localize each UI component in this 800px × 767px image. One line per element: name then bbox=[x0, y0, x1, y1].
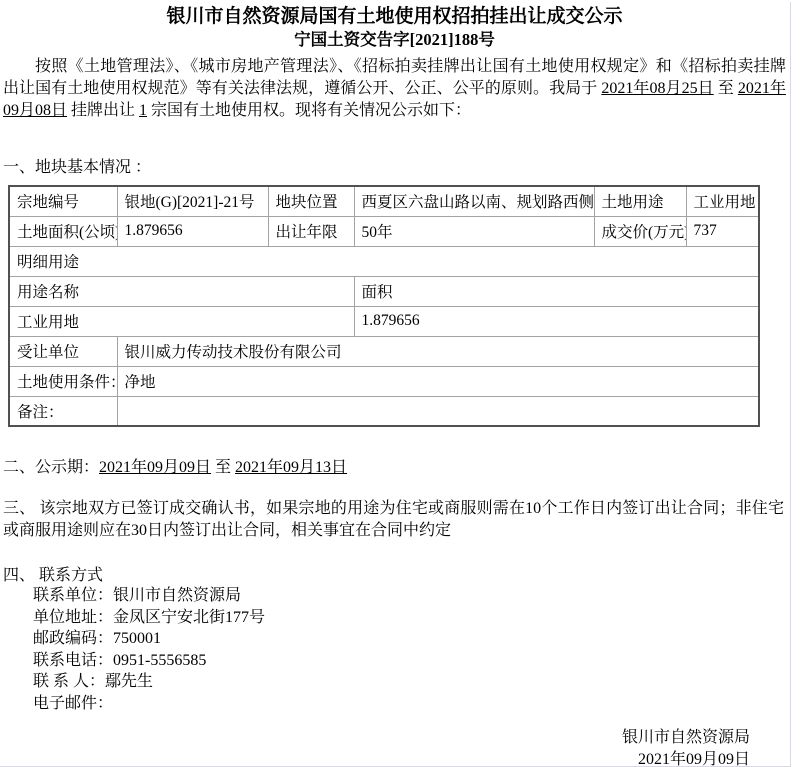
use-name-value: 工业用地 bbox=[9, 306, 354, 336]
contact-phone-line: 联系电话：0951-5556585 bbox=[33, 650, 786, 672]
grantee-label: 受让单位 bbox=[9, 336, 117, 366]
publicity-end-date: 2021年09月13日 bbox=[235, 459, 347, 476]
section-one-heading: 一、地块基本情况 ： bbox=[3, 154, 786, 177]
contact-address-line: 单位地址：金凤区宁安北街177号 bbox=[33, 607, 786, 629]
contact-postcode-line: 邮政编码：750001 bbox=[33, 628, 786, 650]
remarks-label: 备注： bbox=[9, 396, 117, 426]
page-title: 银川市自然资源局国有土地使用权招拍挂出让成交公示 bbox=[3, 5, 786, 28]
table-row: 土地面积(公顷) 1.879656 出让年限 50年 成交价(万元) 737 bbox=[9, 216, 759, 246]
contact-email-label: 电子邮件： bbox=[33, 695, 113, 712]
remarks-value bbox=[117, 396, 759, 426]
parcel-location-value: 西夏区六盘山路以南、规划路西侧 bbox=[354, 186, 594, 216]
page-content: 银川市自然资源局国有土地使用权招拍挂出让成交公示 宁国土资交告字[2021]18… bbox=[0, 5, 800, 767]
table-row: 备注： bbox=[9, 396, 759, 426]
table-row: 土地使用条件： 净地 bbox=[9, 366, 759, 396]
document-number: 宁国土资交告字[2021]188号 bbox=[3, 29, 786, 50]
land-condition-label: 土地使用条件： bbox=[9, 366, 117, 396]
intro-text-3: 宗国有土地使用权。现将有关情况公示如下： bbox=[147, 102, 471, 119]
intro-to-word: 至 bbox=[714, 80, 738, 97]
intro-paragraph: 按照《土地管理法》、《城市房地产管理法》、《招标拍卖挂牌出让国有土地使用权规定》… bbox=[3, 56, 786, 122]
contact-unit-label: 联系单位： bbox=[33, 587, 113, 604]
parcel-count: 1 bbox=[139, 102, 147, 119]
table-row: 用途名称 面积 bbox=[9, 276, 759, 306]
land-use-value: 工业用地 bbox=[686, 186, 759, 216]
parcel-number-label: 宗地编号 bbox=[9, 186, 117, 216]
publicity-start-date: 2021年09月09日 bbox=[99, 459, 211, 476]
section-four-heading: 四、 联系方式 bbox=[3, 562, 786, 585]
land-condition-value: 净地 bbox=[117, 366, 759, 396]
section-two-publicity-period: 二、公示期：2021年09月09日 至 2021年09月13日 bbox=[3, 454, 786, 477]
use-area-label: 面积 bbox=[354, 276, 759, 306]
deal-price-label: 成交价(万元) bbox=[594, 216, 686, 246]
publicity-to-word: 至 bbox=[211, 459, 235, 476]
contact-person-line: 联 系 人：鄢先生 bbox=[33, 671, 786, 693]
grantee-value: 银川威力传动技术股份有限公司 bbox=[117, 336, 759, 366]
signature-date: 2021年09月09日 bbox=[3, 749, 750, 767]
contact-person-value: 鄢先生 bbox=[105, 673, 153, 690]
contact-address-label: 单位地址： bbox=[33, 609, 113, 626]
grant-term-label: 出让年限 bbox=[268, 216, 354, 246]
signature-agency: 银川市自然资源局 bbox=[3, 727, 750, 749]
contact-unit-line: 联系单位：银川市自然资源局 bbox=[33, 585, 786, 607]
table-row: 受让单位 银川威力传动技术股份有限公司 bbox=[9, 336, 759, 366]
announcement-page: 银川市自然资源局国有土地使用权招拍挂出让成交公示 宁国土资交告字[2021]18… bbox=[0, 0, 800, 767]
parcel-number-value: 银地(G)[2021]-21号 bbox=[117, 186, 268, 216]
use-name-label: 用途名称 bbox=[9, 276, 354, 306]
contact-person-label: 联 系 人： bbox=[33, 673, 105, 690]
contact-block: 联系单位：银川市自然资源局 单位地址：金凤区宁安北街177号 邮政编码：7500… bbox=[33, 585, 786, 714]
grant-term-value: 50年 bbox=[354, 216, 594, 246]
contact-postcode-label: 邮政编码： bbox=[33, 630, 113, 647]
contact-email-line: 电子邮件： bbox=[33, 693, 786, 715]
use-area-value: 1.879656 bbox=[354, 306, 759, 336]
land-area-label: 土地面积(公顷) bbox=[9, 216, 117, 246]
signature-block: 银川市自然资源局 2021年09月09日 bbox=[3, 727, 786, 767]
contact-phone-label: 联系电话： bbox=[33, 652, 113, 669]
table-row: 明细用途 bbox=[9, 246, 759, 276]
page-right-edge-line bbox=[790, 2, 791, 767]
deal-price-value: 737 bbox=[686, 216, 759, 246]
table-row: 宗地编号 银地(G)[2021]-21号 地块位置 西夏区六盘山路以南、规划路西… bbox=[9, 186, 759, 216]
table-row: 工业用地 1.879656 bbox=[9, 306, 759, 336]
publicity-period-label: 二、公示期： bbox=[3, 459, 99, 476]
parcel-location-label: 地块位置 bbox=[268, 186, 354, 216]
contact-unit-value: 银川市自然资源局 bbox=[113, 587, 241, 604]
listing-start-date: 2021年08月25日 bbox=[601, 80, 713, 97]
land-area-value: 1.879656 bbox=[117, 216, 268, 246]
land-use-label: 土地用途 bbox=[594, 186, 686, 216]
contact-address-value: 金凤区宁安北街177号 bbox=[113, 609, 265, 626]
contact-phone-value: 0951-5556585 bbox=[113, 652, 206, 669]
section-three-contract-terms: 三、 该宗地双方已签订成交确认书，如果宗地的用途为住宅或商服则需在10个工作日内… bbox=[3, 498, 786, 542]
detailed-use-header: 明细用途 bbox=[9, 246, 759, 276]
contact-postcode-value: 750001 bbox=[113, 630, 161, 647]
intro-text-2: 挂牌出让 bbox=[67, 102, 139, 119]
land-parcel-table: 宗地编号 银地(G)[2021]-21号 地块位置 西夏区六盘山路以南、规划路西… bbox=[8, 185, 760, 427]
